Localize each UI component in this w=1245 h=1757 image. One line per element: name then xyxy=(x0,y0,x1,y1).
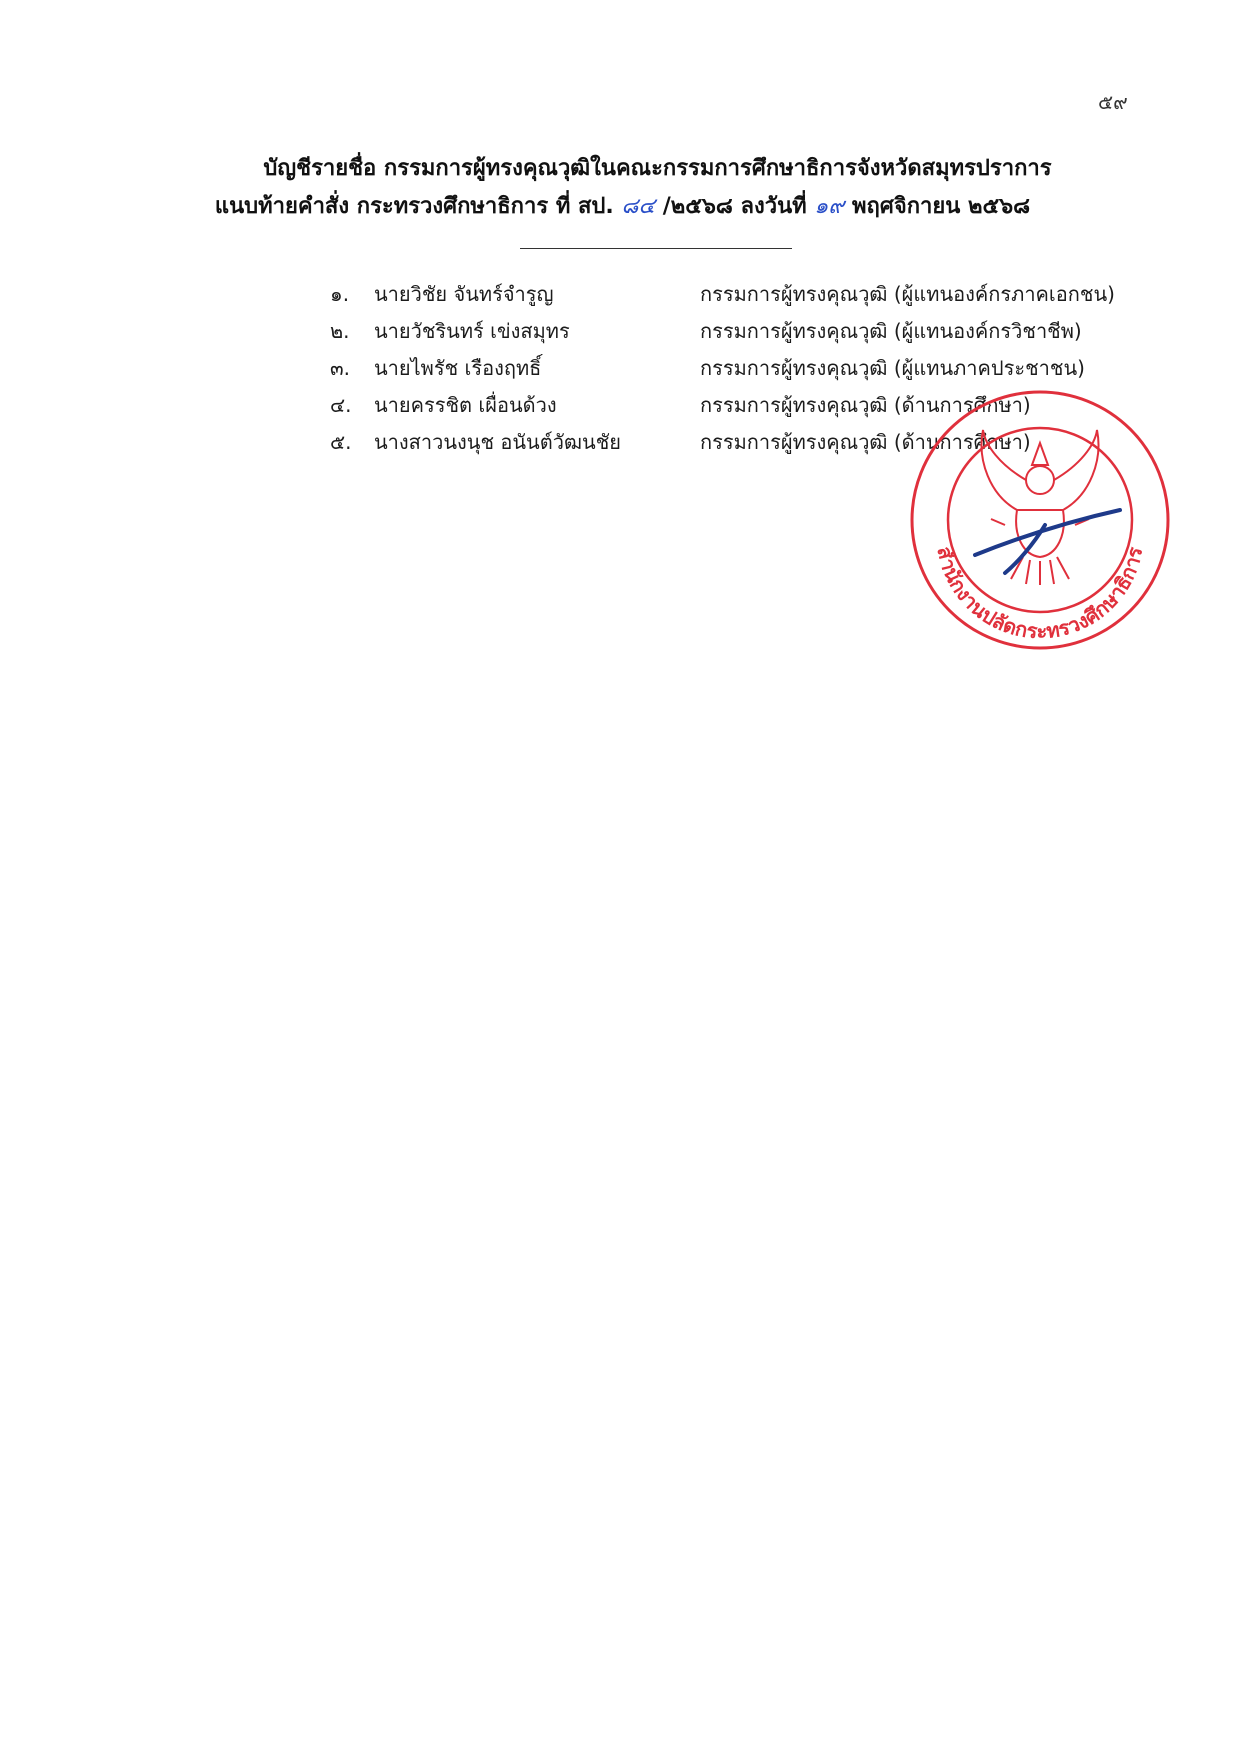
member-name: นางสาวนงนุช อนันต์วัฒนชัย xyxy=(374,426,621,458)
order-number-handwritten: ๘๔ xyxy=(621,194,655,219)
order-year: /๒๕๖๘ ลงวันที่ xyxy=(663,194,807,219)
item-number: ๓. xyxy=(330,352,370,384)
signature-stroke xyxy=(975,510,1120,555)
member-role: กรรมการผู้ทรงคุณวุฒิ (ผู้แทนภาคประชาชน) xyxy=(700,352,1085,384)
item-number: ๒. xyxy=(330,315,370,347)
order-day-handwritten: ๑๙ xyxy=(814,194,844,219)
page-number: ๕๙ xyxy=(1098,86,1128,118)
member-role: กรรมการผู้ทรงคุณวุฒิ (ผู้แทนองค์กรวิชาชี… xyxy=(700,315,1082,347)
item-number: ๔. xyxy=(330,389,370,421)
official-seal: สำนักงานปลัดกระทรวงศึกษาธิการ xyxy=(905,385,1175,655)
garuda-emblem xyxy=(982,430,1099,585)
member-name: นายไพรัช เรืองฤทธิ์ xyxy=(374,352,541,384)
item-number: ๑. xyxy=(330,278,370,310)
item-number: ๕. xyxy=(330,426,370,458)
member-name: นายวัชรินทร์ เข่งสมุทร xyxy=(374,315,570,347)
member-role: กรรมการผู้ทรงคุณวุฒิ (ผู้แทนองค์กรภาคเอก… xyxy=(700,278,1115,310)
member-name: นายวิชัย จันทร์จำรูญ xyxy=(374,278,554,310)
order-reference-prefix: แนบท้ายคำสั่ง กระทรวงศึกษาธิการ ที่ สป. xyxy=(215,194,614,219)
document-subtitle: แนบท้ายคำสั่ง กระทรวงศึกษาธิการ ที่ สป. … xyxy=(0,188,1245,223)
garuda-seal-icon: สำนักงานปลัดกระทรวงศึกษาธิการ xyxy=(905,385,1175,655)
member-name: นายครรชิต เผื่อนด้วง xyxy=(374,389,557,421)
seal-text: สำนักงานปลัดกระทรวงศึกษาธิการ xyxy=(932,544,1147,643)
title-divider xyxy=(520,248,792,249)
order-month-year: พฤศจิกายน ๒๕๖๘ xyxy=(852,194,1030,219)
document-title: บัญชีรายชื่อ กรรมการผู้ทรงคุณวุฒิในคณะกร… xyxy=(35,150,1245,185)
